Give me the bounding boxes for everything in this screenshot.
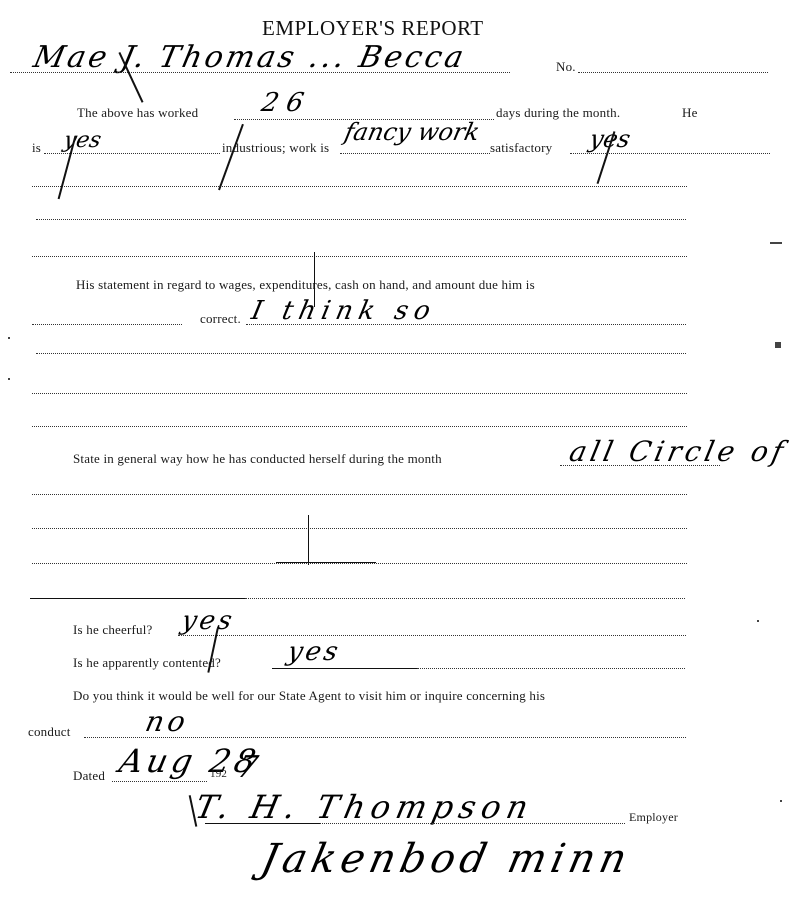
pen-stroke <box>314 252 315 307</box>
cheerful-fill-line <box>178 635 686 636</box>
cheerful-value: yes <box>179 606 238 636</box>
blank-solid-segment <box>30 598 245 599</box>
dated-label: Dated <box>73 768 105 784</box>
name-fill-line <box>10 72 510 73</box>
year-prefix: 192 <box>210 768 227 780</box>
agent-visit-fill-line <box>84 737 686 738</box>
contented-fill-line <box>417 668 685 669</box>
blank-fill-line <box>32 393 687 394</box>
statement-fill-line <box>246 324 686 325</box>
employer-signature: T. H. Thompson <box>192 788 538 826</box>
pen-stroke <box>218 124 243 190</box>
employer-label: Employer <box>629 810 678 825</box>
work-value: fancy work <box>342 118 482 146</box>
blank-fill-line <box>32 256 687 257</box>
satisfactory-fill-line <box>570 153 770 154</box>
work-fill-line <box>340 153 490 154</box>
blank-fill-line <box>245 598 685 599</box>
blank-fill-line <box>32 426 687 427</box>
blank-fill-line <box>32 528 687 529</box>
scan-speck <box>775 342 781 348</box>
blank-fill-line <box>32 186 687 187</box>
number-fill-line <box>578 72 768 73</box>
industrious-label: industrious; work is <box>222 140 329 156</box>
statement-fill-line-left <box>32 324 182 325</box>
contented-value: yes <box>285 637 344 667</box>
correct-label: correct. <box>200 311 241 327</box>
statement-question: His statement in regard to wages, expend… <box>76 277 535 293</box>
conduct-label: conduct <box>28 724 71 740</box>
pen-stroke <box>308 515 309 565</box>
scan-speck <box>757 620 759 622</box>
cheerful-question: Is he cheerful? <box>73 622 153 638</box>
agent-visit-question: Do you think it would be well for our St… <box>73 688 545 704</box>
scan-speck <box>8 378 10 380</box>
days-worked-value: 26 <box>259 88 314 118</box>
signature-solid-line <box>205 823 320 824</box>
blank-fill-line <box>32 494 687 495</box>
document-title: EMPLOYER'S REPORT <box>262 16 484 41</box>
conduct-fill-line <box>560 465 720 466</box>
number-label: No. <box>556 59 576 75</box>
employee-name-entry: Mae J. Thomas ... Becca <box>30 40 469 75</box>
satisfactory-label: satisfactory <box>490 140 552 156</box>
contented-solid-line <box>272 668 417 669</box>
correct-value: I think so <box>249 296 439 326</box>
blank-fill-line <box>32 563 687 564</box>
conduct-question: State in general way how he has conducte… <box>73 451 442 467</box>
scan-speck <box>8 337 10 339</box>
blank-solid-segment <box>276 562 376 563</box>
contented-question: Is he apparently contented? <box>73 655 221 671</box>
signature-fill-line <box>320 823 625 824</box>
blank-fill-line <box>36 353 686 354</box>
is-label: is <box>32 140 41 156</box>
second-signature: Jakenbod minn <box>257 836 636 882</box>
dated-fill-line <box>112 781 207 782</box>
scan-speck <box>770 242 782 244</box>
scan-speck <box>780 800 782 802</box>
days-suffix-label: days during the month. <box>496 105 620 121</box>
he-label: He <box>682 105 698 121</box>
blank-fill-line <box>36 219 686 220</box>
industrious-value: yes <box>61 128 103 153</box>
agent-visit-value: no <box>142 705 192 738</box>
conduct-value: all Circle of <box>566 435 790 468</box>
worked-prefix-label: The above has worked <box>77 105 198 121</box>
